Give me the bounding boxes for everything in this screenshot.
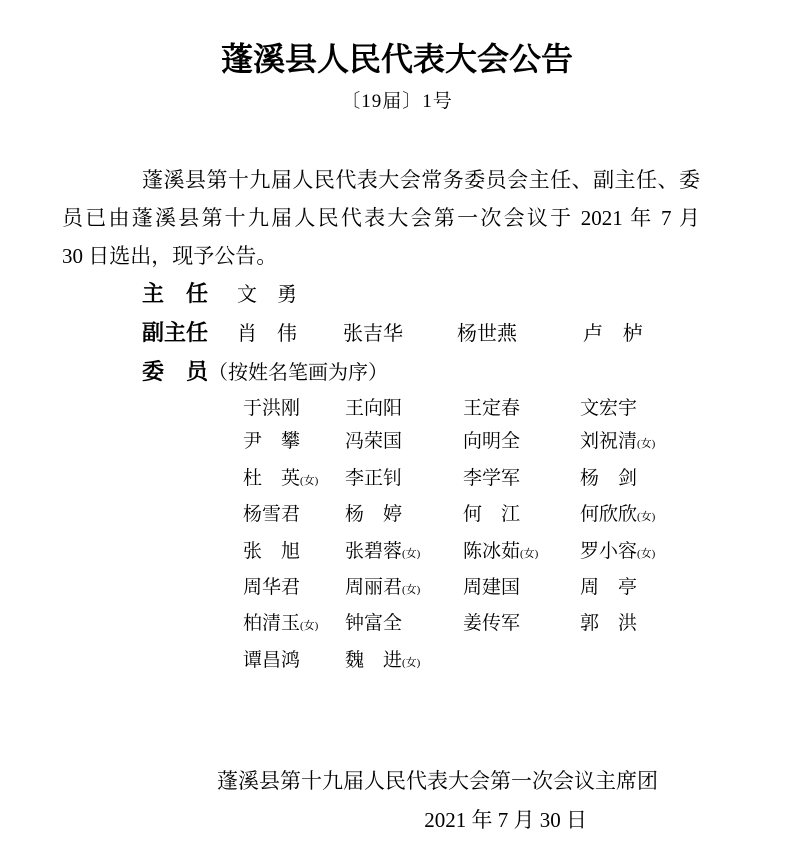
member-row: 杜 英(女)李正钊李学军杨 剑 [243,462,794,498]
person-name: 李正钊 [345,462,463,498]
sort-order-note: （按姓名笔画为序） [208,354,388,392]
official-row-director: 主 任文 勇 [142,275,794,314]
person-name: 柏清玉(女) [243,607,345,643]
member-row: 柏清玉(女)钟富全姜传军郭 洪 [243,607,794,643]
person-name: 杨 婷 [345,498,463,534]
person-name: 何 江 [463,498,580,534]
member-row: 张 旭张碧蓉(女)陈冰茹(女)罗小容(女) [243,535,794,571]
female-marker: (女) [300,620,318,632]
person-name: 王定春 [463,392,580,425]
person-name: 钟富全 [345,607,463,643]
person-name: 郭 洪 [580,607,794,643]
female-marker: (女) [637,511,655,523]
person-name: 何欣欣(女) [580,498,794,534]
person-name: 杜 英(女) [243,462,345,498]
person-name: 文 勇 [237,276,343,314]
member-row: 杨雪君杨 婷何 江何欣欣(女) [243,498,794,534]
person-name: 尹 攀 [243,425,345,461]
official-label: 委 员 [142,353,208,391]
person-name: 王向阳 [345,392,463,425]
female-marker: (女) [520,548,538,560]
person-name: 张吉华 [343,315,457,353]
member-row: 尹 攀冯荣国向明全刘祝清(女) [243,425,794,461]
person-name: 魏 进(女) [345,644,463,680]
person-name: 陈冰茹(女) [463,535,580,571]
female-marker: (女) [402,584,420,596]
person-name: 于洪刚 [243,392,345,425]
announcement-page: 蓬溪县人民代表大会公告 〔19届〕1号 蓬溪县第十九届人民代表大会常务委员会主任… [0,0,794,861]
members-grid: 于洪刚王向阳王定春文宏宇尹 攀冯荣国向明全刘祝清(女)杜 英(女)李正钊李学军杨… [243,392,794,680]
body-paragraph: 蓬溪县第十九届人民代表大会常务委员会主任、副主任、委员已由蓬溪县第十九届人民代表… [62,161,700,275]
signature-line: 蓬溪县第十九届人民代表大会第一次会议主席团 [0,769,794,793]
person-name: 杨 剑 [580,462,794,498]
member-row: 于洪刚王向阳王定春文宏宇 [243,392,794,425]
female-marker: (女) [402,548,420,560]
person-name: 周 亭 [580,571,794,607]
official-names: 文 勇 [237,276,794,314]
official-row-members: 委 员（按姓名笔画为序） [142,353,794,392]
person-name: 周建国 [463,571,580,607]
official-names: 肖 伟张吉华杨世燕卢 栌 [237,315,794,353]
body-line: 员已由蓬溪县第十九届人民代表大会第一次会议于 2021 年 7 月 [62,199,700,237]
official-label: 副主任 [142,314,237,352]
female-marker: (女) [637,548,655,560]
person-name: 向明全 [463,425,580,461]
person-name: 肖 伟 [237,315,343,353]
document-title: 蓬溪县人民代表大会公告 [0,0,794,76]
member-row: 谭昌鸿魏 进(女) [243,644,794,680]
person-name: 谭昌鸿 [243,644,345,680]
body-line: 30 日选出，现予公告。 [62,237,700,275]
person-name: 周华君 [243,571,345,607]
official-row-vice-directors: 副主任肖 伟张吉华杨世燕卢 栌 [142,314,794,353]
body-line: 蓬溪县第十九届人民代表大会常务委员会主任、副主任、委 [62,161,700,199]
member-row: 周华君周丽君(女)周建国周 亭 [243,571,794,607]
official-label: 主 任 [142,275,237,313]
person-name: 李学军 [463,462,580,498]
person-name: 罗小容(女) [580,535,794,571]
person-name: 文宏宇 [580,392,794,425]
female-marker: (女) [637,438,655,450]
person-name: 冯荣国 [345,425,463,461]
person-name: 张 旭 [243,535,345,571]
person-name: 刘祝清(女) [580,425,794,461]
officials-section: 主 任文 勇副主任肖 伟张吉华杨世燕卢 栌委 员（按姓名笔画为序） [142,275,794,392]
date-line: 2021 年 7 月 30 日 [0,809,794,831]
person-name: 张碧蓉(女) [345,535,463,571]
person-name: 杨世燕 [457,315,583,353]
person-name: 姜传军 [463,607,580,643]
female-marker: (女) [402,657,420,669]
document-number: 〔19届〕1号 [0,92,794,112]
person-name: 卢 栌 [583,315,794,353]
female-marker: (女) [300,475,318,487]
person-name: 杨雪君 [243,498,345,534]
person-name: 周丽君(女) [345,571,463,607]
